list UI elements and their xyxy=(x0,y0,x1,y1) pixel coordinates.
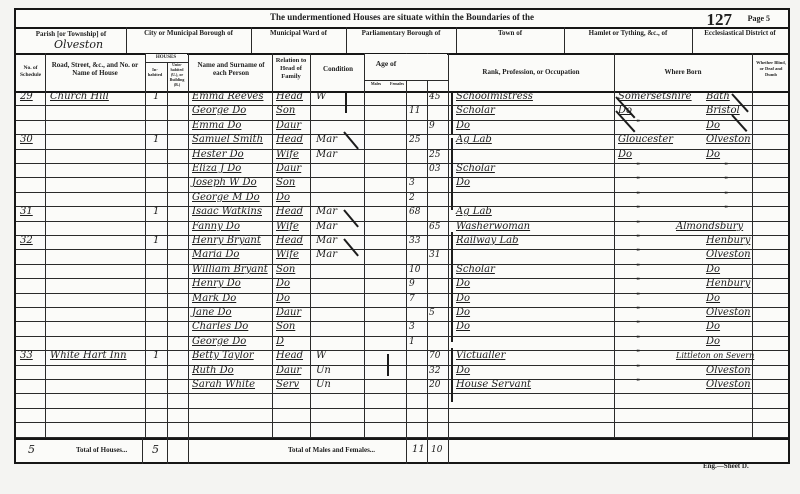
occupation: Scholar xyxy=(456,263,495,277)
total-houses-label: Total of Houses... xyxy=(76,446,127,454)
relation: Son xyxy=(276,320,295,334)
schedule-no: 31 xyxy=(20,205,33,219)
location-label: Parish [or Township] of xyxy=(18,30,124,38)
location-label: Hamlet or Tything, &c., of xyxy=(566,29,690,37)
schedule-no: 33 xyxy=(20,349,33,363)
location-label: Town of xyxy=(458,29,562,37)
male-age: 10 xyxy=(409,263,420,277)
schedule-no: 30 xyxy=(20,133,33,147)
relation: Head xyxy=(276,90,303,104)
enumerator-tick-mark xyxy=(345,93,347,113)
table-row xyxy=(16,422,788,436)
condition: Mar xyxy=(316,205,337,219)
road-name: Church Hill xyxy=(50,90,109,104)
divider xyxy=(142,438,143,464)
female-age: 03 xyxy=(429,162,440,176)
divider xyxy=(406,438,407,464)
born-place: Henbury xyxy=(706,234,750,248)
occupation: Scholar xyxy=(456,104,495,118)
male-age: 11 xyxy=(409,104,420,118)
female-age: 45 xyxy=(429,90,440,104)
table-row xyxy=(16,149,788,163)
household-bracket xyxy=(451,92,453,134)
person-name: Henry Bryant xyxy=(192,234,261,248)
condition: W xyxy=(316,90,326,104)
divider xyxy=(692,27,693,53)
relation: Wife xyxy=(276,220,299,234)
person-name: Eliza J Do xyxy=(192,162,241,176)
person-name: George Do xyxy=(192,335,246,349)
table-row xyxy=(16,206,788,220)
occupation: Washerwoman xyxy=(456,220,530,234)
condition: Mar xyxy=(316,133,337,147)
divider xyxy=(188,438,189,464)
born-county: " xyxy=(636,234,640,244)
born-county: " xyxy=(636,119,640,129)
female-age: 25 xyxy=(429,148,440,162)
male-age: 7 xyxy=(409,292,415,306)
relation: Do xyxy=(276,191,290,205)
table-row xyxy=(16,105,788,119)
occupation: Do xyxy=(456,176,470,190)
born-county: " xyxy=(636,176,640,186)
total-females: 10 xyxy=(431,443,442,457)
table-row xyxy=(16,379,788,393)
born-county: " xyxy=(636,320,640,330)
condition: Mar xyxy=(316,148,337,162)
male-age: 2 xyxy=(409,191,415,205)
occupation: Do xyxy=(456,119,470,133)
male-age: 9 xyxy=(409,277,415,291)
page-title: The undermentioned Houses are situate wi… xyxy=(16,12,788,22)
divider xyxy=(16,438,788,440)
born-place: Do xyxy=(706,320,720,334)
occupation: Ag Lab xyxy=(456,205,492,219)
condition: Un xyxy=(316,364,331,378)
person-name: Isaac Watkins xyxy=(192,205,262,219)
schedule-no: 29 xyxy=(20,90,33,104)
divider xyxy=(456,27,457,53)
female-age: 5 xyxy=(429,306,435,320)
condition: Mar xyxy=(316,248,337,262)
condition: Mar xyxy=(316,220,337,234)
person-name: Fanny Do xyxy=(192,220,240,234)
person-name: George Do xyxy=(192,104,246,118)
male-age: 1 xyxy=(409,335,415,349)
relation: Daur xyxy=(276,306,301,320)
col-born: Where Born xyxy=(614,68,752,76)
table-row xyxy=(16,408,788,422)
born-county: " xyxy=(636,205,640,215)
female-age: 20 xyxy=(429,378,440,392)
inhabited-count: 1 xyxy=(153,234,159,248)
relation: Serv xyxy=(276,378,299,392)
table-row xyxy=(16,393,788,407)
person-name: Samuel Smith xyxy=(192,133,263,147)
person-name: Ruth Do xyxy=(192,364,234,378)
born-county: " xyxy=(636,220,640,230)
col-condition: Condition xyxy=(312,65,364,73)
total-schedules: 5 xyxy=(28,443,35,457)
born-county: " xyxy=(636,248,640,258)
born-county: " xyxy=(636,349,640,359)
born-place: Do xyxy=(706,292,720,306)
col-inhabited: In-habited xyxy=(145,67,165,77)
road-name: White Hart Inn xyxy=(50,349,127,363)
male-age: 68 xyxy=(409,205,420,219)
divider xyxy=(167,438,168,464)
location-label: Parliamentary Borough of xyxy=(348,29,454,37)
born-place: Do xyxy=(706,335,720,349)
person-name: Maria Do xyxy=(192,248,239,262)
table-row xyxy=(16,192,788,206)
col-males: Males xyxy=(366,81,386,87)
table-row xyxy=(16,293,788,307)
occupation: Do xyxy=(456,364,470,378)
person-name: Joseph W Do xyxy=(192,176,257,190)
relation: Daur xyxy=(276,162,301,176)
born-county: Do xyxy=(618,148,632,162)
person-name: Charles Do xyxy=(192,320,248,334)
relation: Son xyxy=(276,104,295,118)
table-row xyxy=(16,221,788,235)
person-name: Emma Reeves xyxy=(192,90,263,104)
born-place: Olveston xyxy=(706,364,751,378)
person-name: Emma Do xyxy=(192,119,241,133)
col-occupation: Rank, Profession, or Occupation xyxy=(448,68,614,76)
table-row xyxy=(16,163,788,177)
born-place: Do xyxy=(706,148,720,162)
born-county: " xyxy=(636,263,640,273)
total-persons-label: Total of Males and Females... xyxy=(288,446,375,454)
relation: Son xyxy=(276,263,295,277)
table-row xyxy=(16,120,788,134)
table-row xyxy=(16,249,788,263)
born-county: Somersetshire xyxy=(618,90,692,104)
divider xyxy=(346,27,347,53)
female-age: 65 xyxy=(429,220,440,234)
relation: Head xyxy=(276,133,303,147)
total-males: 11 xyxy=(412,443,425,457)
born-county: " xyxy=(636,378,640,388)
table-row xyxy=(16,264,788,278)
occupation: Do xyxy=(456,292,470,306)
relation: Do xyxy=(276,292,290,306)
location-value: Olveston xyxy=(54,38,103,52)
born-county: " xyxy=(636,292,640,302)
location-label: Ecclesiastical District of xyxy=(694,29,786,37)
born-place: " xyxy=(724,176,728,186)
male-age: 25 xyxy=(409,133,420,147)
col-females: Females xyxy=(387,81,407,87)
household-bracket xyxy=(451,138,453,210)
born-place: Olveston xyxy=(706,378,751,392)
inhabited-count: 1 xyxy=(153,90,159,104)
relation: Wife xyxy=(276,248,299,262)
occupation: Do xyxy=(456,277,470,291)
divider xyxy=(251,27,252,53)
male-age: 33 xyxy=(409,234,420,248)
household-bracket xyxy=(451,232,453,342)
person-name: George M Do xyxy=(192,191,260,205)
schedule-no: 32 xyxy=(20,234,33,248)
sheet-note: Eng.—Sheet D. xyxy=(703,462,749,470)
relation: Head xyxy=(276,349,303,363)
occupation: Do xyxy=(456,306,470,320)
born-county: " xyxy=(636,306,640,316)
born-place: " xyxy=(724,191,728,201)
divider xyxy=(427,438,428,464)
location-label: Municipal Ward of xyxy=(253,29,344,37)
person-name: Hester Do xyxy=(192,148,244,162)
table-row xyxy=(16,278,788,292)
location-label: City or Municipal Borough of xyxy=(128,29,249,37)
divider xyxy=(564,27,565,53)
page-label: Page 5 xyxy=(748,14,770,23)
born-place: Littleton on Severn xyxy=(676,349,754,363)
table-row xyxy=(16,177,788,191)
person-name: Mark Do xyxy=(192,292,236,306)
person-name: Jane Do xyxy=(192,306,232,320)
born-county: " xyxy=(636,364,640,374)
divider xyxy=(126,27,127,53)
table-row xyxy=(16,235,788,249)
census-page: The undermentioned Houses are situate wi… xyxy=(14,8,790,464)
born-place: Olveston xyxy=(706,306,751,320)
born-place: " xyxy=(724,205,728,215)
person-name: Betty Taylor xyxy=(192,349,254,363)
born-county: " xyxy=(636,335,640,345)
born-county: Gloucester xyxy=(618,133,673,147)
condition: Un xyxy=(316,378,331,392)
born-place: Bath xyxy=(706,90,730,104)
relation: Head xyxy=(276,205,303,219)
born-place: " xyxy=(724,162,728,172)
occupation: Railway Lab xyxy=(456,234,518,248)
divider xyxy=(448,438,449,464)
inhabited-count: 1 xyxy=(153,205,159,219)
col-relation: Relation to Head of Family xyxy=(274,57,308,81)
occupation: Do xyxy=(456,320,470,334)
col-schedule: No. of Schedule xyxy=(16,65,45,79)
col-uninhabited: Unin-habited (U.), or Building (B.) xyxy=(167,62,187,87)
inhabited-count: 1 xyxy=(153,133,159,147)
female-age: 32 xyxy=(429,364,440,378)
born-place: Henbury xyxy=(706,277,750,291)
occupation: Scholar xyxy=(456,162,495,176)
occupation: House Servant xyxy=(456,378,531,392)
female-age: 31 xyxy=(429,248,440,262)
condition: W xyxy=(316,349,326,363)
table-row xyxy=(16,365,788,379)
enumerator-tick-mark xyxy=(387,354,389,376)
born-place: Do xyxy=(706,119,720,133)
born-county: " xyxy=(636,277,640,287)
person-name: Henry Do xyxy=(192,277,241,291)
col-road: Road, Street, &c., and No. or Name of Ho… xyxy=(49,61,141,77)
born-county: " xyxy=(636,162,640,172)
household-bracket xyxy=(451,348,453,402)
col-houses: HOUSES xyxy=(145,55,187,61)
total-houses: 5 xyxy=(152,443,159,457)
born-county: " xyxy=(636,191,640,201)
occupation: Victualler xyxy=(456,349,505,363)
born-place: Do xyxy=(706,263,720,277)
col-name: Name and Surname of each Person xyxy=(191,61,271,77)
born-place: Almondsbury xyxy=(676,220,743,234)
relation: Wife xyxy=(276,148,299,162)
col-blind: Whether Blind, or Deaf and Dumb xyxy=(754,60,788,78)
female-age: 70 xyxy=(429,349,440,363)
relation: Do xyxy=(276,277,290,291)
female-age: 9 xyxy=(429,119,435,133)
table-row xyxy=(16,350,788,364)
born-place: Olveston xyxy=(706,133,751,147)
relation: Son xyxy=(276,176,295,190)
relation: Daur xyxy=(276,119,301,133)
col-age: Age of xyxy=(366,60,406,68)
born-place: Olveston xyxy=(706,248,751,262)
inhabited-count: 1 xyxy=(153,349,159,363)
person-name: William Bryant xyxy=(192,263,268,277)
relation: Daur xyxy=(276,364,301,378)
male-age: 3 xyxy=(409,320,415,334)
occupation: Ag Lab xyxy=(456,133,492,147)
table-row xyxy=(16,336,788,350)
male-age: 3 xyxy=(409,176,415,190)
relation: D xyxy=(276,335,284,349)
occupation: Schoolmistress xyxy=(456,90,533,104)
table-row xyxy=(16,307,788,321)
person-name: Sarah White xyxy=(192,378,255,392)
relation: Head xyxy=(276,234,303,248)
condition: Mar xyxy=(316,234,337,248)
table-row xyxy=(16,321,788,335)
